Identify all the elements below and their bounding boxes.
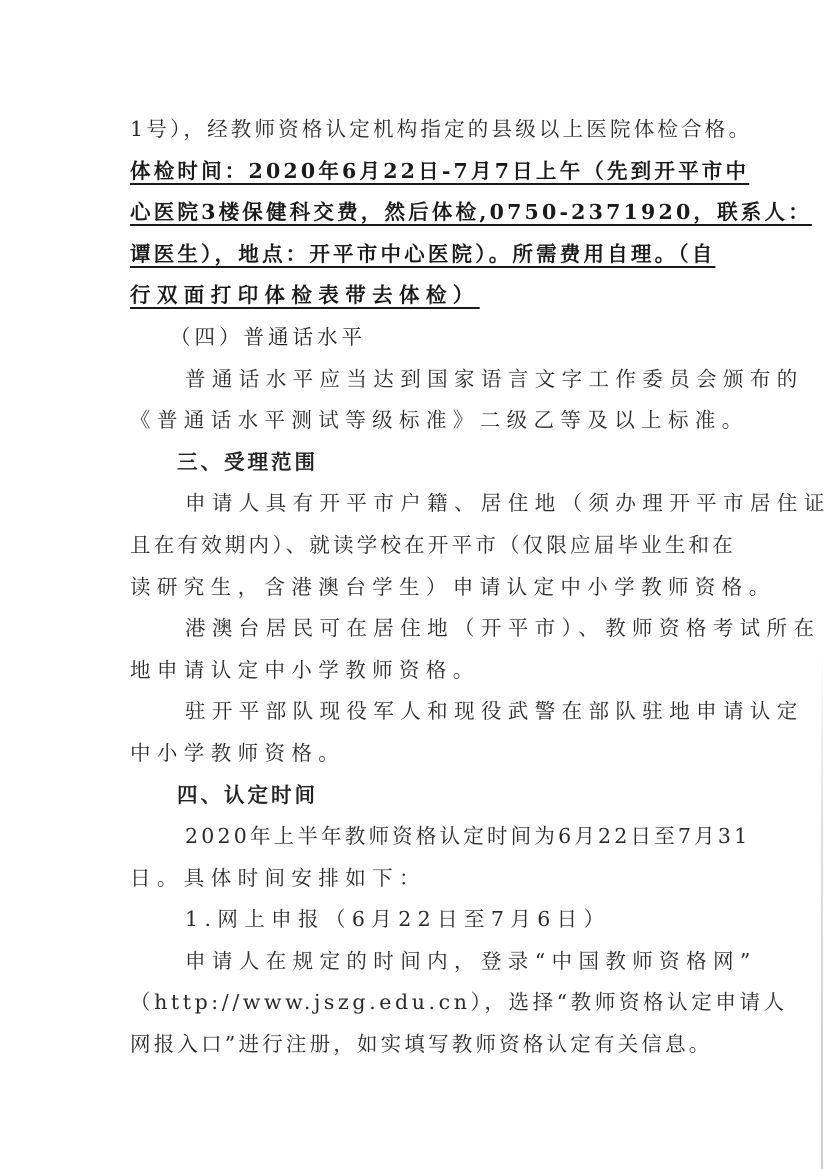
text: 日。具体时间安排如下： xyxy=(130,866,426,890)
paragraph-line: 申请人具有开平市户籍、居住地（须办理开平市居住证 xyxy=(130,483,710,525)
paragraph-line: 日。具体时间安排如下： xyxy=(130,858,710,900)
section-heading-mandarin-level: （四）普通话水平 xyxy=(130,317,710,359)
text: 驻开平部队现役军人和现役武警在部队驻地申请认定 xyxy=(185,699,804,723)
text: 港澳台居民可在居住地（开平市）、教师资格考试所在 xyxy=(185,616,820,640)
underlined-exam-time-line-4: 行双面打印体检表带去体检） xyxy=(130,275,710,317)
text: 读研究生，含港澳台学生）申请认定中小学教师资格。 xyxy=(130,575,776,599)
heading-text: 三、受理范围 xyxy=(177,450,318,474)
paragraph-line: 中小学教师资格。 xyxy=(130,733,710,775)
text: 《普通话水平测试等级标准》二级乙等及以上标准。 xyxy=(130,408,749,432)
underlined-text: 行双面打印体检表带去体检） xyxy=(130,283,480,307)
paragraph-line: 且在有效期内）、就读学校在开平市（仅限应届毕业生和在 xyxy=(130,525,710,567)
text: 1.网上申报（6月22日至7月6日） xyxy=(185,907,610,931)
paragraph-line-with-url: （http://www.jszg.edu.cn），选择“教师资格认定申请人 xyxy=(130,982,710,1024)
section-heading-certification-time: 四、认定时间 xyxy=(130,775,710,817)
text: 2020年上半年教师资格认定时间为6月22日至7月31 xyxy=(185,824,750,848)
paragraph-line: 港澳台居民可在居住地（开平市）、教师资格考试所在 xyxy=(130,608,710,650)
text: 中小学教师资格。 xyxy=(130,741,345,765)
text: 申请人具有开平市户籍、居住地（须办理开平市居住证 xyxy=(185,491,827,515)
paragraph-line: 读研究生，含港澳台学生）申请认定中小学教师资格。 xyxy=(130,567,710,609)
text: 地申请认定中小学教师资格。 xyxy=(130,658,480,682)
text: 且在有效期内）、就读学校在开平市（仅限应届毕业生和在 xyxy=(130,533,736,557)
underlined-text: 体检时间：2020年6月22日-7月7日上午（先到开平市中 xyxy=(130,159,749,183)
document-body: 1号），经教师资格认定机构指定的县级以上医院体检合格。 体检时间：2020年6月… xyxy=(130,109,710,1066)
paragraph-line: 申请人在规定的时间内，登录“中国教师资格网” xyxy=(130,941,710,983)
underlined-text: 谭医生），地点：开平市中心医院）。所需费用自理。（自 xyxy=(130,242,715,266)
section-heading-scope: 三、受理范围 xyxy=(130,442,710,484)
scan-edge-line xyxy=(821,650,823,1169)
underlined-text: 心医院3楼保健科交费，然后体检,0750-2371920，联系人： xyxy=(130,200,812,224)
underlined-exam-time-line-2: 心医院3楼保健科交费，然后体检,0750-2371920，联系人： xyxy=(130,192,710,234)
document-page: 1号），经教师资格认定机构指定的县级以上医院体检合格。 体检时间：2020年6月… xyxy=(0,0,827,1169)
paragraph-line: 2020年上半年教师资格认定时间为6月22日至7月31 xyxy=(130,816,710,858)
paragraph-line-medical-exam-end: 1号），经教师资格认定机构指定的县级以上医院体检合格。 xyxy=(130,109,710,151)
text: 普通话水平应当达到国家语言文字工作委员会颁布的 xyxy=(185,367,804,391)
paragraph-line: 驻开平部队现役军人和现役武警在部队驻地申请认定 xyxy=(130,691,710,733)
list-item-online-application: 1.网上申报（6月22日至7月6日） xyxy=(130,899,710,941)
text: （http://www.jszg.edu.cn），选择“教师资格认定申请人 xyxy=(130,990,788,1014)
text: 申请人在规定的时间内，登录“中国教师资格网” xyxy=(185,949,757,973)
underlined-exam-time-line-3: 谭医生），地点：开平市中心医院）。所需费用自理。（自 xyxy=(130,234,710,276)
paragraph-line: 网报入口”进行注册，如实填写教师资格认定有关信息。 xyxy=(130,1024,710,1066)
paragraph-line: 地申请认定中小学教师资格。 xyxy=(130,650,710,692)
heading-text: （四）普通话水平 xyxy=(170,325,366,349)
paragraph-line: 《普通话水平测试等级标准》二级乙等及以上标准。 xyxy=(130,400,710,442)
paragraph-line: 普通话水平应当达到国家语言文字工作委员会颁布的 xyxy=(130,359,710,401)
heading-text: 四、认定时间 xyxy=(177,783,318,807)
underlined-exam-time-line-1: 体检时间：2020年6月22日-7月7日上午（先到开平市中 xyxy=(130,151,710,193)
text: 网报入口”进行注册，如实填写教师资格认定有关信息。 xyxy=(130,1032,712,1056)
text: 1号），经教师资格认定机构指定的县级以上医院体检合格。 xyxy=(130,117,752,141)
